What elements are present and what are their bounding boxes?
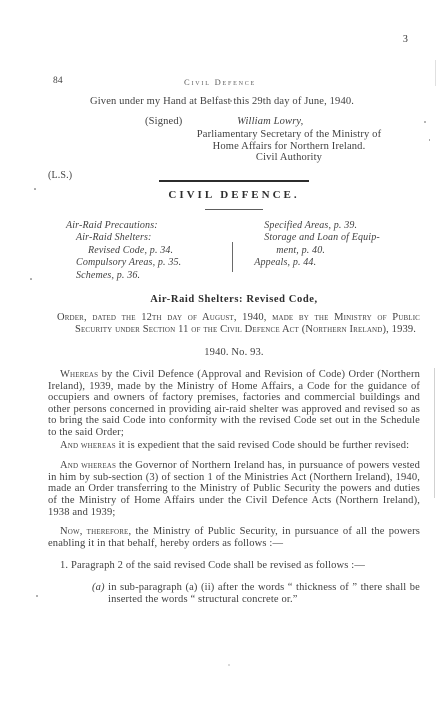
index-line: ment, p. 40. bbox=[276, 245, 420, 258]
running-header: Civil Defence bbox=[0, 77, 440, 87]
contents-index: Air-Raid Precautions: Air-Raid Shelters:… bbox=[48, 220, 420, 283]
signatory-title-line1: Parliamentary Secretary of the Ministry … bbox=[158, 129, 420, 141]
paragraph-lead: And whereas bbox=[60, 460, 116, 471]
whereas-paragraph-1: Whereas by the Civil Defence (Approval a… bbox=[48, 369, 420, 439]
scan-speck bbox=[424, 121, 426, 123]
signature-row: (Signed) William Lowry, bbox=[145, 116, 420, 128]
index-line: Air-Raid Shelters: bbox=[76, 232, 230, 245]
paragraph-text: it is expedient that the said revised Co… bbox=[116, 440, 409, 451]
scan-edge-artifact bbox=[434, 368, 435, 498]
seal-mark: (L.S.) bbox=[48, 170, 72, 182]
order-item-1: 1. Paragraph 2 of the said revised Code … bbox=[48, 560, 420, 572]
given-under-hand-paragraph: Given under my Hand at Belfast this 29th… bbox=[48, 96, 420, 108]
scan-speck bbox=[36, 595, 38, 597]
scan-edge-artifact bbox=[435, 60, 436, 86]
page-content: Given under my Hand at Belfast this 29th… bbox=[48, 96, 420, 616]
signatory-titles: Parliamentary Secretary of the Ministry … bbox=[158, 129, 420, 164]
paragraph-lead: And whereas bbox=[60, 440, 116, 451]
scan-speck bbox=[230, 100, 232, 102]
paragraph-text: by the Civil Defence (Approval and Revis… bbox=[48, 369, 420, 438]
order-caption: Order, dated the 12th day of August, 194… bbox=[48, 312, 420, 337]
index-column-divider bbox=[232, 242, 233, 272]
order-heading: Air-Raid Shelters: Revised Code, bbox=[48, 294, 420, 306]
signed-label: (Signed) bbox=[145, 116, 182, 128]
whereas-paragraph-3: And whereas the Governor of Northern Ire… bbox=[48, 460, 420, 518]
now-therefore-paragraph: Now, therefore, the Ministry of Public S… bbox=[48, 526, 420, 549]
signature-block: (Signed) William Lowry, Parliamentary Se… bbox=[48, 116, 420, 164]
document-page: 3 84 Civil Defence Given under my Hand a… bbox=[0, 0, 440, 705]
divider-rule-thin bbox=[205, 209, 263, 210]
index-line: Schemes, p. 36. bbox=[76, 270, 230, 283]
sub-item-marker: (a) bbox=[92, 582, 105, 593]
index-line: Appeals, p. 44. bbox=[254, 257, 420, 270]
paragraph-lead: Now, therefore bbox=[60, 526, 128, 537]
index-right-column: Specified Areas, p. 39. Storage and Loan… bbox=[230, 220, 420, 283]
order-number: 1940. No. 93. bbox=[48, 347, 420, 359]
index-line: Compulsory Areas, p. 35. bbox=[76, 257, 230, 270]
index-line: Air-Raid Precautions: bbox=[66, 220, 230, 233]
scan-speck bbox=[429, 139, 431, 141]
index-line: Revised Code, p. 34. bbox=[88, 245, 230, 258]
index-left-column: Air-Raid Precautions: Air-Raid Shelters:… bbox=[48, 220, 230, 283]
order-sub-item-a: (a) in sub-paragraph (a) (ii) after the … bbox=[48, 582, 420, 605]
divider-rule-thick bbox=[159, 180, 309, 183]
paragraph-lead: Whereas bbox=[60, 369, 98, 380]
scan-speck bbox=[30, 278, 32, 280]
corner-mark: 3 bbox=[403, 34, 408, 45]
index-line: Specified Areas, p. 39. bbox=[264, 220, 420, 233]
signatory-title-line2: Home Affairs for Northern Ireland. bbox=[158, 141, 420, 153]
scan-speck bbox=[228, 664, 230, 666]
section-title: CIVIL DEFENCE. bbox=[48, 190, 420, 202]
scan-speck bbox=[34, 188, 36, 190]
whereas-paragraph-2: And whereas it is expedient that the sai… bbox=[48, 440, 420, 452]
sub-item-text: in sub-paragraph (a) (ii) after the word… bbox=[108, 582, 420, 605]
signatory-name: William Lowry, bbox=[237, 116, 303, 128]
signatory-title-line3: Civil Authority bbox=[158, 152, 420, 164]
index-line: Storage and Loan of Equip- bbox=[264, 232, 420, 245]
